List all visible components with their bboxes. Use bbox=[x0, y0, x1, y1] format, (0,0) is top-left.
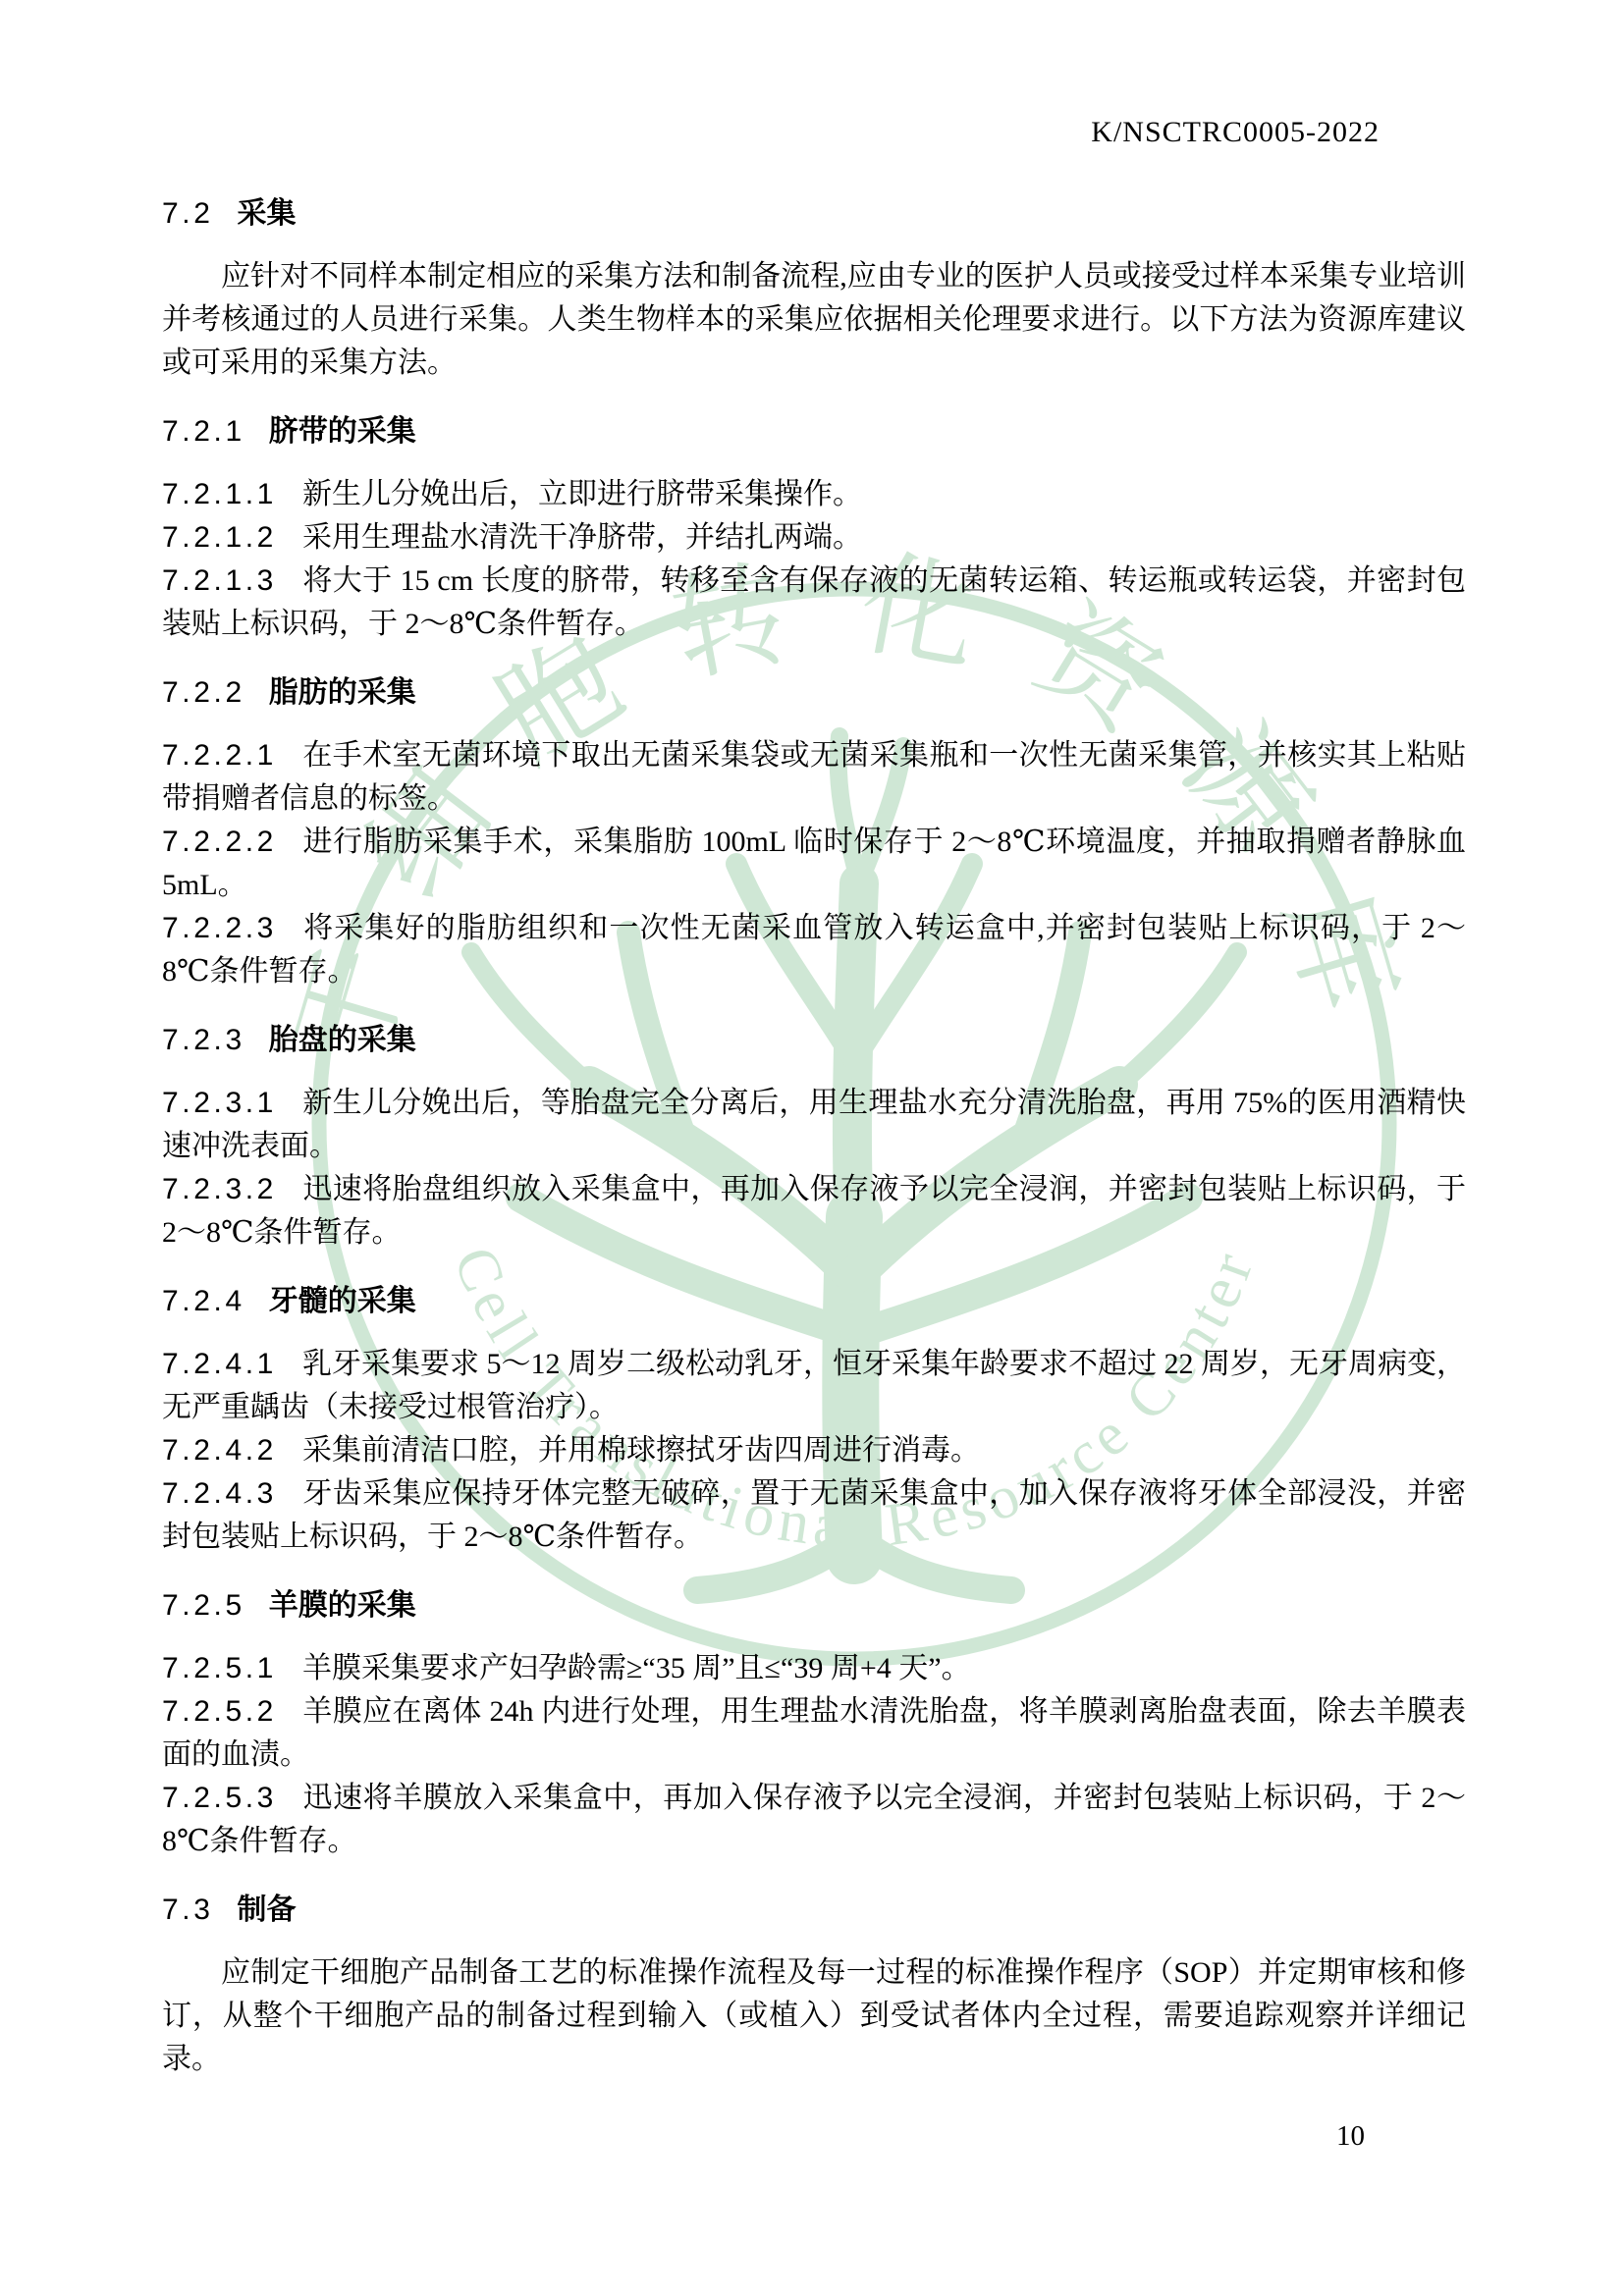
section-title: 胎盘的采集 bbox=[269, 1024, 416, 1056]
clause-text: 新生儿分娩出后，等胎盘完全分离后，用生理盐水充分清洗胎盘，再用 75%的医用酒精… bbox=[162, 1087, 1466, 1162]
clause-text: 乳牙采集要求 5～12 周岁二级松动乳牙，恒牙采集年龄要求不超过 22 周岁，无… bbox=[162, 1348, 1466, 1423]
page-number: 10 bbox=[1336, 2120, 1365, 2153]
document-page: 干细胞转化资源库 Cell Translational Resource Cen… bbox=[0, 0, 1624, 2296]
clause-7-2-5-1: 7.2.5.1羊膜采集要求产妇孕龄需≥“35 周”且≤“39 周+4 天”。 bbox=[162, 1647, 1466, 1690]
section-number: 7.2.3 bbox=[162, 1024, 245, 1056]
section-number: 7.3 bbox=[162, 1894, 214, 1926]
clause-7-2-1-1: 7.2.1.1新生儿分娩出后，立即进行脐带采集操作。 bbox=[162, 473, 1466, 516]
clause-number: 7.2.2.2 bbox=[162, 826, 277, 858]
section-heading-7-2: 7.2采集 bbox=[162, 192, 1466, 236]
clause-7-2-2-1: 7.2.2.1在手术室无菌环境下取出无菌采集袋或无菌采集瓶和一次性无菌采集管，并… bbox=[162, 734, 1466, 821]
clause-number: 7.2.1.3 bbox=[162, 564, 277, 597]
clause-number: 7.2.3.2 bbox=[162, 1173, 277, 1205]
clause-number: 7.2.1.2 bbox=[162, 521, 277, 554]
clause-number: 7.2.4.1 bbox=[162, 1348, 277, 1380]
clause-text: 迅速将胎盘组织放入采集盒中，再加入保存液予以完全浸润，并密封包装贴上标识码，于 … bbox=[162, 1173, 1466, 1249]
clause-number: 7.2.4.2 bbox=[162, 1434, 277, 1467]
clause-text: 在手术室无菌环境下取出无菌采集袋或无菌采集瓶和一次性无菌采集管，并核实其上粘贴带… bbox=[162, 739, 1466, 815]
section-number: 7.2.4 bbox=[162, 1285, 245, 1317]
clause-7-2-3-1: 7.2.3.1新生儿分娩出后，等胎盘完全分离后，用生理盐水充分清洗胎盘，再用 7… bbox=[162, 1082, 1466, 1168]
section-title: 牙髓的采集 bbox=[269, 1285, 416, 1317]
section-number: 7.2.5 bbox=[162, 1589, 245, 1622]
section-heading-7-2-3: 7.2.3胎盘的采集 bbox=[162, 1019, 1466, 1062]
section-heading-7-2-4: 7.2.4牙髓的采集 bbox=[162, 1280, 1466, 1323]
clause-text: 羊膜采集要求产妇孕龄需≥“35 周”且≤“39 周+4 天”。 bbox=[302, 1652, 971, 1684]
clause-7-2-3-2: 7.2.3.2迅速将胎盘组织放入采集盒中，再加入保存液予以完全浸润，并密封包装贴… bbox=[162, 1168, 1466, 1255]
section-heading-7-2-5: 7.2.5羊膜的采集 bbox=[162, 1584, 1466, 1628]
paragraph-7-2: 应针对不同样本制定相应的采集方法和制备流程,应由专业的医护人员或接受过样本采集专… bbox=[162, 255, 1466, 385]
clause-text: 迅速将羊膜放入采集盒中，再加入保存液予以完全浸润，并密封包装贴上标识码，于 2～… bbox=[162, 1782, 1466, 1857]
clause-number: 7.2.5.2 bbox=[162, 1695, 277, 1728]
clause-number: 7.2.1.1 bbox=[162, 478, 277, 510]
clause-7-2-4-1: 7.2.4.1乳牙采集要求 5～12 周岁二级松动乳牙，恒牙采集年龄要求不超过 … bbox=[162, 1343, 1466, 1429]
clause-7-2-5-3: 7.2.5.3迅速将羊膜放入采集盒中，再加入保存液予以完全浸润，并密封包装贴上标… bbox=[162, 1777, 1466, 1863]
clause-text: 羊膜应在离体 24h 内进行处理，用生理盐水清洗胎盘，将羊膜剥离胎盘表面，除去羊… bbox=[162, 1695, 1466, 1771]
clause-7-2-1-3: 7.2.1.3将大于 15 cm 长度的脐带，转移至含有保存液的无菌转运箱、转运… bbox=[162, 560, 1466, 646]
clause-text: 采用生理盐水清洗干净脐带，并结扎两端。 bbox=[302, 521, 862, 554]
paragraph-7-3: 应制定干细胞产品制备工艺的标准操作流程及每一过程的标准操作程序（SOP）并定期审… bbox=[162, 1951, 1466, 2081]
section-number: 7.2 bbox=[162, 197, 214, 230]
clause-7-2-2-2: 7.2.2.2进行脂肪采集手术，采集脂肪 100mL 临时保存于 2～8℃环境温… bbox=[162, 821, 1466, 907]
clause-number: 7.2.2.3 bbox=[162, 912, 277, 944]
clause-number: 7.2.3.1 bbox=[162, 1087, 277, 1119]
clause-text: 将大于 15 cm 长度的脐带，转移至含有保存液的无菌转运箱、转运瓶或转运袋，并… bbox=[162, 564, 1466, 640]
clause-number: 7.2.2.1 bbox=[162, 739, 277, 772]
clause-text: 将采集好的脂肪组织和一次性无菌采血管放入转运盒中,并密封包装贴上标识码，于 2～… bbox=[162, 912, 1466, 988]
clause-7-2-4-2: 7.2.4.2采集前清洁口腔，并用棉球擦拭牙齿四周进行消毒。 bbox=[162, 1429, 1466, 1472]
clause-7-2-5-2: 7.2.5.2羊膜应在离体 24h 内进行处理，用生理盐水清洗胎盘，将羊膜剥离胎… bbox=[162, 1690, 1466, 1777]
clause-text: 牙齿采集应保持牙体完整无破碎，置于无菌采集盒中，加入保存液将牙体全部浸没，并密封… bbox=[162, 1477, 1466, 1553]
clause-7-2-1-2: 7.2.1.2采用生理盐水清洗干净脐带，并结扎两端。 bbox=[162, 516, 1466, 560]
section-heading-7-2-1: 7.2.1脐带的采集 bbox=[162, 410, 1466, 454]
clause-number: 7.2.5.1 bbox=[162, 1652, 277, 1684]
clause-7-2-2-3: 7.2.2.3将采集好的脂肪组织和一次性无菌采血管放入转运盒中,并密封包装贴上标… bbox=[162, 907, 1466, 993]
document-body: 7.2采集 应针对不同样本制定相应的采集方法和制备流程,应由专业的医护人员或接受… bbox=[162, 192, 1466, 2087]
clause-text: 进行脂肪采集手术，采集脂肪 100mL 临时保存于 2～8℃环境温度，并抽取捐赠… bbox=[162, 826, 1466, 901]
clause-number: 7.2.4.3 bbox=[162, 1477, 277, 1510]
clause-7-2-4-3: 7.2.4.3牙齿采集应保持牙体完整无破碎，置于无菌采集盒中，加入保存液将牙体全… bbox=[162, 1472, 1466, 1559]
section-title: 制备 bbox=[238, 1894, 297, 1926]
section-number: 7.2.1 bbox=[162, 415, 245, 448]
doc-code: K/NSCTRC0005-2022 bbox=[1091, 116, 1380, 149]
section-title: 脐带的采集 bbox=[269, 415, 416, 448]
clause-text: 新生儿分娩出后，立即进行脐带采集操作。 bbox=[302, 478, 862, 510]
section-title: 脂肪的采集 bbox=[269, 676, 416, 709]
clause-text: 采集前清洁口腔，并用棉球擦拭牙齿四周进行消毒。 bbox=[302, 1434, 980, 1467]
section-title: 羊膜的采集 bbox=[269, 1589, 416, 1622]
section-number: 7.2.2 bbox=[162, 676, 245, 709]
section-heading-7-2-2: 7.2.2脂肪的采集 bbox=[162, 671, 1466, 715]
section-title: 采集 bbox=[238, 197, 297, 230]
section-heading-7-3: 7.3制备 bbox=[162, 1889, 1466, 1932]
clause-number: 7.2.5.3 bbox=[162, 1782, 277, 1814]
